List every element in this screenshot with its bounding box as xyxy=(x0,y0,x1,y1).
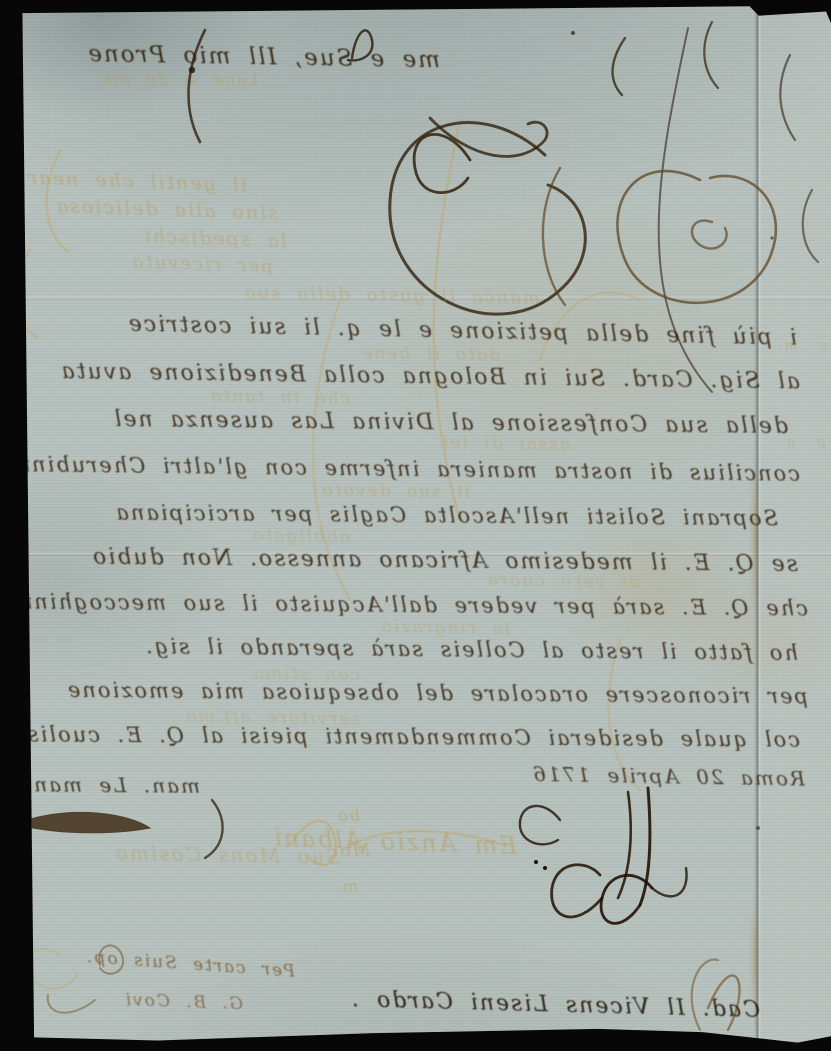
handwritten-line: ho fatto il resto al Colleis sarà speran… xyxy=(28,633,798,665)
handwritten-line: Mo xyxy=(336,841,370,861)
handwritten-line: G. B. Covi xyxy=(58,988,244,1014)
handwritten-line: manca il gusto della sua xyxy=(120,280,540,308)
handwritten-line: di vero cuore xyxy=(420,569,640,593)
handwritten-line: Land si 20 Rik xyxy=(146,71,258,89)
scanner-bed: me e Sue, Ill mio ProneLand si 20 Rikil … xyxy=(0,0,831,1051)
handwritten-line: obbligato xyxy=(90,523,350,548)
text-layer: me e Sue, Ill mio ProneLand si 20 Rikil … xyxy=(0,0,831,1051)
handwritten-line: se Q. E. il medesimo Africano annesso. N… xyxy=(28,544,798,577)
letter-page: me e Sue, Ill mio ProneLand si 20 Rikil … xyxy=(0,0,831,1051)
handwritten-line: col quale desiderai Commendamenti pieisi… xyxy=(28,722,800,751)
handwritten-line: Roma 20 Aprile 1716 xyxy=(505,761,805,790)
handwritten-line: che in tanto xyxy=(90,385,350,410)
handwritten-line: il gentil che nearia xyxy=(52,168,248,197)
handwritten-line: la spedischi xyxy=(112,224,288,252)
handwritten-line: s. m. xyxy=(772,338,827,354)
handwritten-line: man. Le mani. xyxy=(25,772,200,798)
handwritten-line: Per carte Suis op. xyxy=(100,948,296,982)
handwritten-line: per riconoscere oracolare del obsequiosa… xyxy=(28,678,808,709)
handwritten-line: che Q. E. sarà per vedere dall'Acquisto … xyxy=(28,590,808,621)
handwritten-line: assai di lei xyxy=(330,431,570,455)
handwritten-line: sino alla deliciosa xyxy=(78,196,279,225)
handwritten-line: m: xyxy=(328,877,358,896)
handwritten-line: Cad. Il Vicens Liseni Cardo . xyxy=(388,988,761,1023)
handwritten-line: bo xyxy=(330,806,360,825)
handwritten-line: per ricevuta xyxy=(148,252,274,277)
handwritten-line: Suo Mons Cosimo xyxy=(40,839,340,868)
scan-background: { "meta": { "description": "Scanned vers… xyxy=(0,0,831,1051)
handwritten-line: me e Sue, Ill mio Prone xyxy=(182,43,440,73)
handwritten-line: p. a. xyxy=(766,434,826,450)
